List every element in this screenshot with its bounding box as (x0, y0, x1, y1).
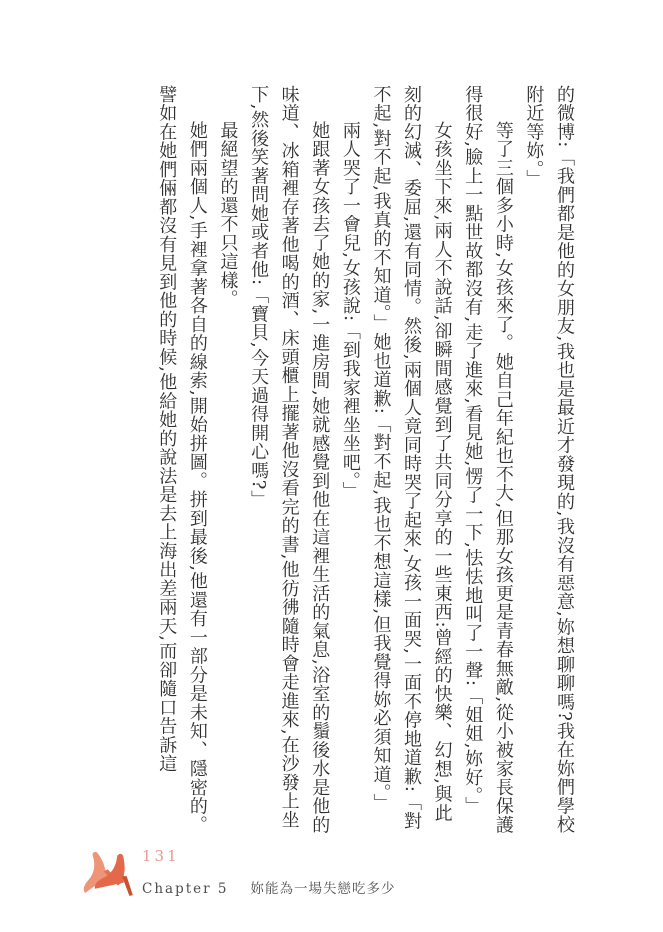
book-page: 的微博:「我們都是他的女朋友,我也是最近才發現的,我沒有惡意,妳想聊聊嗎?我在妳… (0, 0, 663, 932)
paragraph: 兩人哭了一會兒,女孩說:「到我家裡坐坐吧。」 (334, 85, 365, 835)
chapter-label: Chapter 5 (142, 881, 228, 897)
high-heels-icon (76, 845, 134, 909)
paragraph: 的微博:「我們都是他的女朋友,我也是最近才發現的,我沒有惡意,妳想聊聊嗎?我在妳… (518, 85, 579, 835)
paragraph: 女孩坐下來,兩人不說話,卻瞬間感覺到了共同分享的一些東西:曾經的快樂、幻想,與此… (365, 85, 457, 835)
chapter-line: Chapter 5妳能為一場失戀吃多少 (142, 877, 395, 897)
page-number: 131 (142, 847, 395, 865)
page-footer: 131 Chapter 5妳能為一場失戀吃多少 (76, 845, 395, 909)
paragraph: 等了三個多小時,女孩來了。她自己年紀也不大,但那女孩更是青春無敵,從小被家長保護… (457, 85, 518, 835)
shoe-front-heel (122, 875, 133, 897)
chapter-title: 妳能為一場失戀吃多少 (250, 881, 395, 897)
paragraph: 最絕望的還不只這樣。 (212, 85, 243, 835)
paragraph: 她跟著女孩去了她的家,一進房間,她就感覺到他在這裡生活的氣息,浴室的鬚後水是他的… (242, 85, 334, 835)
paragraph: 她們兩個人,手裡拿著各自的線索,開始拼圖。拼到最後,他還有一部分是未知、隱密的。… (151, 85, 212, 835)
footer-text: 131 Chapter 5妳能為一場失戀吃多少 (142, 845, 395, 897)
body-text: 的微博:「我們都是他的女朋友,我也是最近才發現的,我沒有惡意,妳想聊聊嗎?我在妳… (79, 85, 579, 835)
